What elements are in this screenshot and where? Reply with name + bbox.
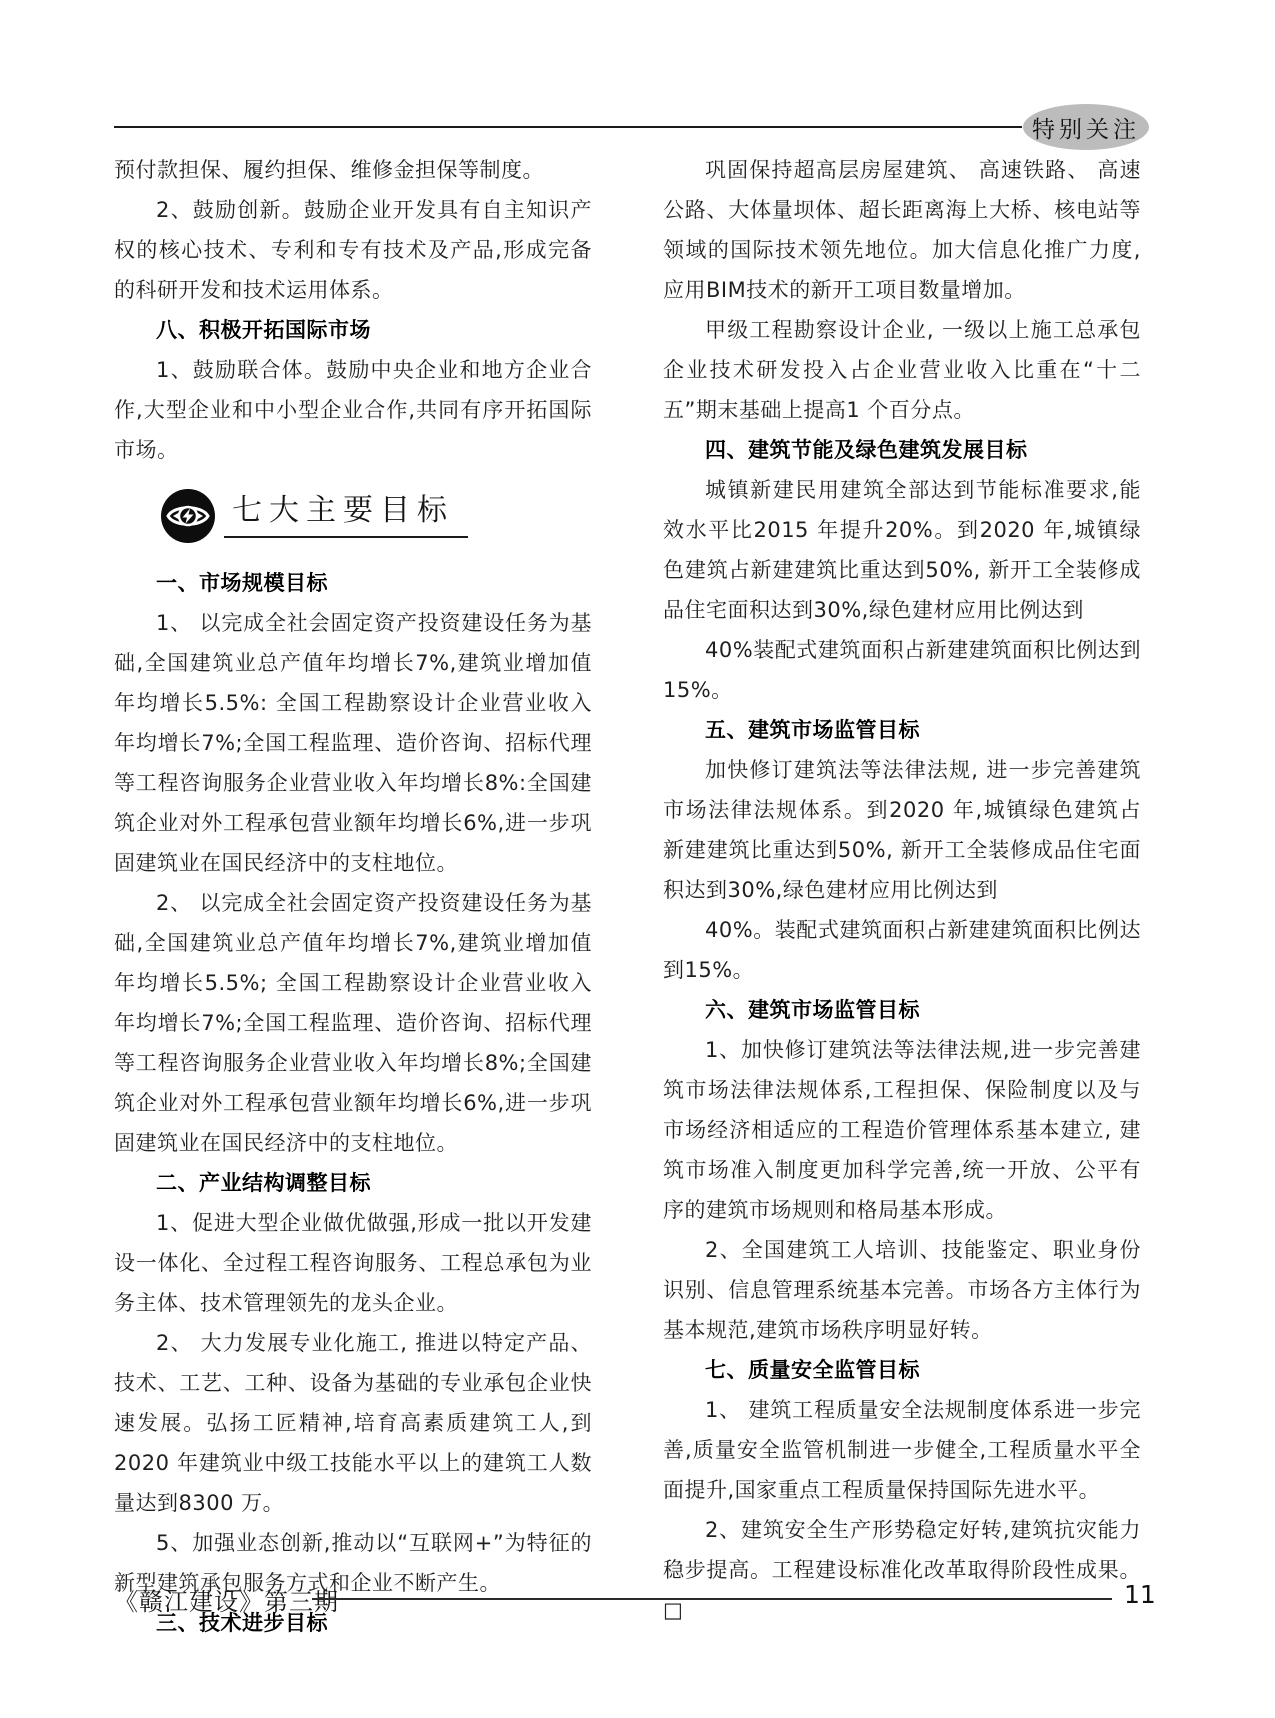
subheading: 二、产业结构调整目标 (114, 1163, 592, 1203)
subheading: 一、市场规模目标 (114, 563, 592, 603)
paragraph: 1、 以完成全社会固定资产投资建设任务为基础,全国建筑业总产值年均增长7%,建筑… (114, 603, 592, 883)
paragraph: 巩固保持超高层房屋建筑、 高速铁路、 高速公路、大体量坝体、超长距离海上大桥、核… (663, 150, 1141, 310)
header-rule (114, 126, 1022, 128)
paragraph: 1、 建筑工程质量安全法规制度体系进一步完善,质量安全监管机制进一步健全,工程质… (663, 1390, 1141, 1510)
subheading: 六、建筑市场监管目标 (663, 990, 1141, 1030)
section-badge-label: 特别关注 (1032, 111, 1140, 144)
right-column: 巩固保持超高层房屋建筑、 高速铁路、 高速公路、大体量坝体、超长距离海上大桥、核… (663, 150, 1141, 1630)
paragraph: 甲级工程勘察设计企业, 一级以上施工总承包企业技术研发投入占企业营业收入比重在“… (663, 310, 1141, 430)
magazine-page: 特别关注 预付款担保、履约担保、维修金担保等制度。 2、鼓励创新。鼓励企业开发具… (0, 0, 1275, 1718)
section-badge: 特别关注 (1023, 104, 1149, 150)
paragraph: 城镇新建民用建筑全部达到节能标准要求,能效水平比2015 年提升20%。到202… (663, 470, 1141, 630)
page-number: 11 (1124, 1580, 1156, 1609)
paragraph: 1、促进大型企业做优做强,形成一批以开发建设一体化、全过程工程咨询服务、工程总承… (114, 1203, 592, 1323)
eye-bolt-icon (160, 488, 216, 544)
paragraph: 2、全国建筑工人培训、技能鉴定、职业身份识别、信息管理系统基本完善。市场各方主体… (663, 1230, 1141, 1350)
subheading: 八、积极开拓国际市场 (114, 310, 592, 350)
paragraph: 2、鼓励创新。鼓励企业开发具有自主知识产权的核心技术、专利和专有技术及产品,形成… (114, 190, 592, 310)
paragraph: 预付款担保、履约担保、维修金担保等制度。 (114, 150, 592, 190)
footer-journal-title: 《赣江建设》第三期 (114, 1582, 339, 1617)
left-column: 预付款担保、履约担保、维修金担保等制度。 2、鼓励创新。鼓励企业开发具有自主知识… (114, 150, 592, 1643)
subheading: 五、建筑市场监管目标 (663, 710, 1141, 750)
paragraph: 2、 大力发展专业化施工, 推进以特定产品、技术、工艺、工种、设备为基础的专业承… (114, 1323, 592, 1523)
paragraph: 2、建筑安全生产形势稳定好转,建筑抗灾能力稳步提高。工程建设标准化改革取得阶段性… (663, 1510, 1141, 1630)
subheading: 四、建筑节能及绿色建筑发展目标 (663, 430, 1141, 470)
paragraph: 40%。装配式建筑面积占新建建筑面积比例达到15%。 (663, 910, 1141, 990)
section-header: 七大主要目标 (160, 487, 592, 545)
section-title: 七大主要目标 (224, 494, 468, 538)
paragraph: 40%装配式建筑面积占新建建筑面积比例达到15%。 (663, 630, 1141, 710)
paragraph: 2、 以完成全社会固定资产投资建设任务为基础,全国建筑业总产值年均增长7%,建筑… (114, 883, 592, 1163)
subheading: 七、质量安全监管目标 (663, 1350, 1141, 1390)
footer-rule (312, 1598, 1112, 1600)
paragraph: 1、鼓励联合体。鼓励中央企业和地方企业合作,大型企业和中小型企业合作,共同有序开… (114, 350, 592, 470)
paragraph: 加快修订建筑法等法律法规, 进一步完善建筑市场法律法规体系。到2020 年,城镇… (663, 750, 1141, 910)
paragraph: 1、加快修订建筑法等法律法规,进一步完善建筑市场法律法规体系,工程担保、保险制度… (663, 1030, 1141, 1230)
